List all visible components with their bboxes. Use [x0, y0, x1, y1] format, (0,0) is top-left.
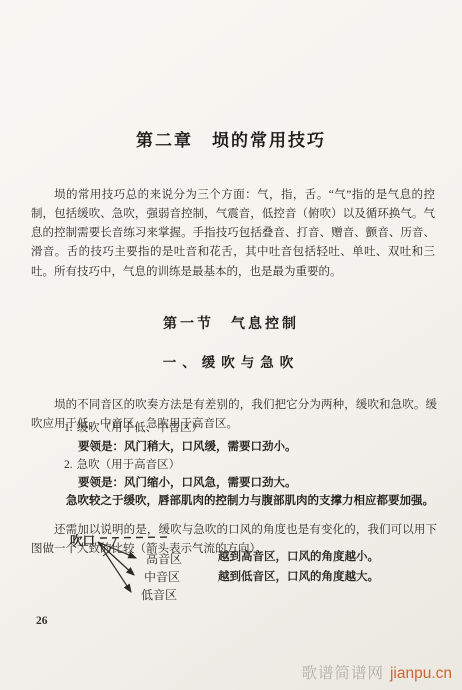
- note-high-register: 越到高音区，口风的角度越小。: [218, 549, 379, 563]
- list-item-number: 2.: [64, 459, 73, 471]
- list-item-title: 急吹（用于高音区）: [77, 459, 181, 471]
- note-low-register: 越到低音区，口风的角度越大。: [218, 569, 379, 583]
- airflow-angle-diagram: 吹口 高音区 中音区 低音区 越到高音区，口风的角度越小。 越到低音区，口风的角…: [58, 526, 458, 611]
- mouthpiece-label: 吹口: [70, 533, 95, 548]
- list-item-slow-blow: 1.缓吹（用于低、中音区）: [64, 419, 203, 437]
- fast-blow-detail: 要领是：风门缩小，口风急，需要口劲大。: [78, 474, 297, 492]
- list-item-title: 缓吹（用于低、中音区）: [77, 422, 204, 434]
- chapter-title: 第二章 埙的常用技巧: [0, 126, 462, 151]
- page-number: 26: [36, 615, 48, 627]
- watermark: 歌谱简谱网jianpu.cn: [301, 661, 452, 683]
- list-item-fast-blow: 2.急吹（用于高音区）: [64, 456, 180, 474]
- subsection-title: 一、缓吹与急吹: [0, 351, 462, 371]
- airflow-diagram-graphic: 吹口 高音区 中音区 低音区 越到高音区，口风的角度越小。 越到低音区，口风的角…: [58, 526, 458, 611]
- section-title: 第一节 气息控制: [0, 313, 462, 333]
- watermark-site-name: 歌谱简谱网: [301, 665, 384, 682]
- zone-label-low: 低音区: [141, 587, 177, 602]
- watermark-site-url: jianpu.cn: [390, 665, 452, 682]
- slow-blow-detail: 要领是：风门稍大，口风缓，需要口劲小。: [78, 438, 297, 456]
- book-page: 第二章 埙的常用技巧 埙的常用技巧总的来说分为三个方面：气，指，舌。“气”指的是…: [0, 0, 462, 690]
- list-item-number: 1.: [64, 422, 73, 434]
- dashed-reference-line: [100, 537, 172, 538]
- intro-paragraph: 埙的常用技巧总的来说分为三个方面：气，指，舌。“气”指的是气息的控制，包括缓吹、…: [31, 186, 435, 282]
- emphasis-line: 急吹较之于缓吹，唇部肌肉的控制力与腹部肌肉的支撑力相应都要加强。: [66, 492, 446, 510]
- zone-label-high: 高音区: [146, 551, 182, 566]
- zone-label-mid: 中音区: [144, 569, 180, 584]
